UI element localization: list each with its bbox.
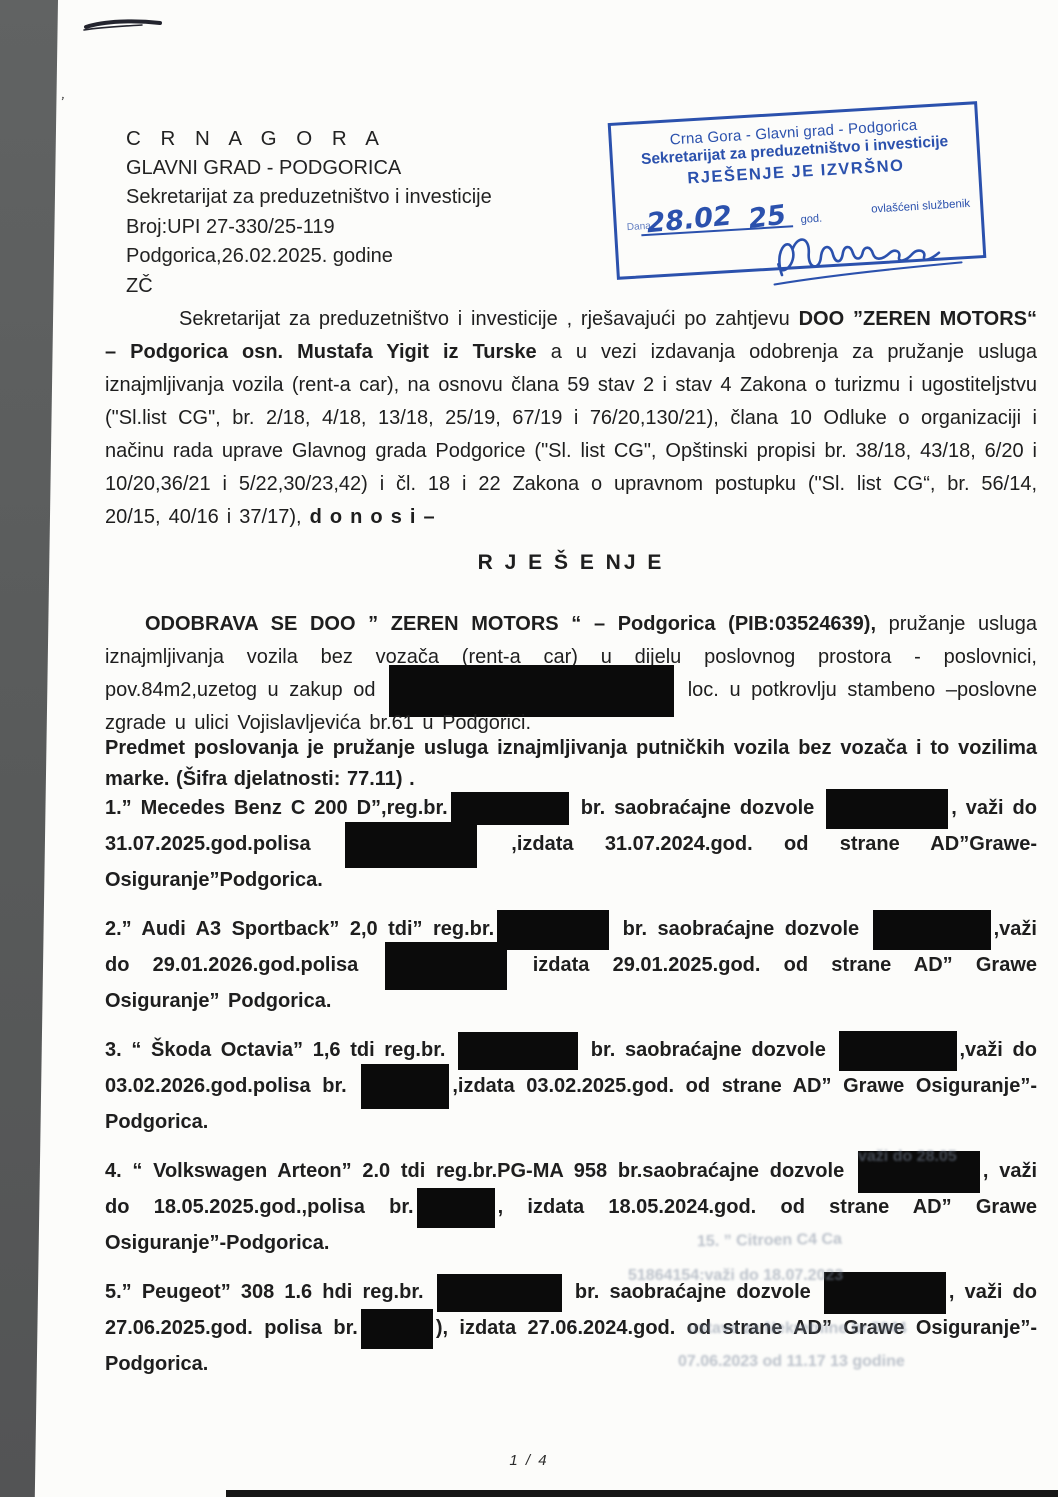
redaction-box	[417, 1188, 495, 1228]
vehicle-text: 4. “ Volkswagen Arteon” 2.0 tdi reg.br.P…	[105, 1160, 855, 1182]
vehicle-text: 5.” Peugeot” 308 1.6 hdi reg.br.	[105, 1281, 434, 1303]
letterhead-initials: ZČ	[126, 272, 492, 302]
redaction-box	[826, 789, 948, 829]
intro-text-2: a u vezi izdavanja odobrenja za pružanje…	[105, 341, 1037, 528]
vehicle-item: 3. “ Škoda Octavia” 1,6 tdi reg.br. br. …	[105, 1032, 1037, 1140]
redaction-box	[873, 910, 991, 950]
signature-scribble	[767, 220, 966, 296]
approval-paragraph: ODOBRAVA SE DOO ” ZEREN MOTORS “ – Podgo…	[105, 608, 1037, 740]
redaction-box	[385, 942, 507, 990]
stamp-handwritten-year: 25	[747, 200, 788, 236]
decision-title: R J E Š E NJ E	[105, 551, 1037, 575]
letterhead-country: C R N A G O R A	[126, 124, 492, 154]
letterhead: C R N A G O R A GLAVNI GRAD - PODGORICA …	[126, 124, 492, 301]
redaction-box	[389, 665, 674, 717]
scanned-document-page: ’ C R N A G O R A GLAVNI GRAD - PODGORIC…	[0, 0, 1058, 1497]
scan-speck: ’	[58, 94, 65, 111]
execution-stamp: Crna Gora - Glavni grad - Podgorica Sekr…	[608, 101, 987, 280]
vehicle-text: 2.” Audi A3 Sportback” 2,0 tdi” reg.br.	[105, 918, 494, 940]
intro-paragraph: Sekretarijat za preduzetništvo i investi…	[105, 303, 1037, 534]
bleedthrough-text: ustave za Nekretnine br.5944	[688, 1320, 907, 1338]
vehicle-item: 4. “ Volkswagen Arteon” 2.0 tdi reg.br.P…	[105, 1153, 1037, 1261]
redaction-box	[437, 1274, 562, 1312]
redaction-box	[497, 910, 609, 950]
redaction-box	[361, 1064, 449, 1109]
vehicle-item: 2.” Audi A3 Sportback” 2,0 tdi” reg.br. …	[105, 911, 1037, 1019]
scanner-bottom-edge	[226, 1490, 1058, 1497]
redaction-box	[839, 1031, 957, 1071]
page-number: 1 / 4	[0, 1452, 1058, 1469]
redaction-box	[345, 822, 477, 868]
letterhead-place-date: Podgorica,26.02.2025. godine	[126, 242, 492, 272]
intro-text-1: Sekretarijat za preduzetništvo i investi…	[179, 308, 799, 330]
stamp-date-suffix: god.	[800, 213, 822, 226]
vehicle-text: br. saobraćajne dozvole	[572, 797, 824, 819]
approval-company-bold: ODOBRAVA SE DOO ” ZEREN MOTORS “ – Podgo…	[145, 613, 876, 635]
vehicle-item: 1.” Mecedes Benz C 200 D”,reg.br. br. sa…	[105, 790, 1037, 898]
bleedthrough-text: 15. ” Citroen C4 Ca	[697, 1231, 842, 1252]
letterhead-city: GLAVNI GRAD - PODGORICA	[126, 154, 492, 184]
vehicle-text: 3. “ Škoda Octavia” 1,6 tdi reg.br.	[105, 1039, 455, 1061]
redaction-box	[361, 1309, 433, 1349]
vehicle-text: br. saobraćajne dozvole	[581, 1039, 835, 1061]
redaction-box	[451, 792, 569, 825]
pen-mark	[82, 16, 166, 34]
business-subject-paragraph: Predmet poslovanja je pružanje usluga iz…	[105, 733, 1037, 795]
stamp-officer-label: ovlašćeni službenik	[871, 198, 971, 216]
bleedthrough-text: 07.06.2023 od 11.17 13 godine	[678, 1353, 905, 1371]
scanner-edge-shadow	[0, 0, 58, 1497]
redaction-box	[458, 1032, 578, 1070]
intro-donosi-bold: d o n o s i –	[310, 506, 435, 528]
vehicle-text: br. saobraćajne dozvole	[612, 918, 869, 940]
stamp-handwritten-date: 28.02	[645, 200, 733, 239]
letterhead-case-number: Broj:UPI 27-330/25-119	[126, 213, 492, 243]
bleedthrough-text: važi do 28.05	[858, 1148, 957, 1166]
bleedthrough-text: 51864154:važi do 18.07.2023	[628, 1267, 843, 1285]
vehicle-text: 1.” Mecedes Benz C 200 D”,reg.br.	[105, 797, 448, 819]
letterhead-secretariat: Sekretarijat za preduzetništvo i investi…	[126, 183, 492, 213]
